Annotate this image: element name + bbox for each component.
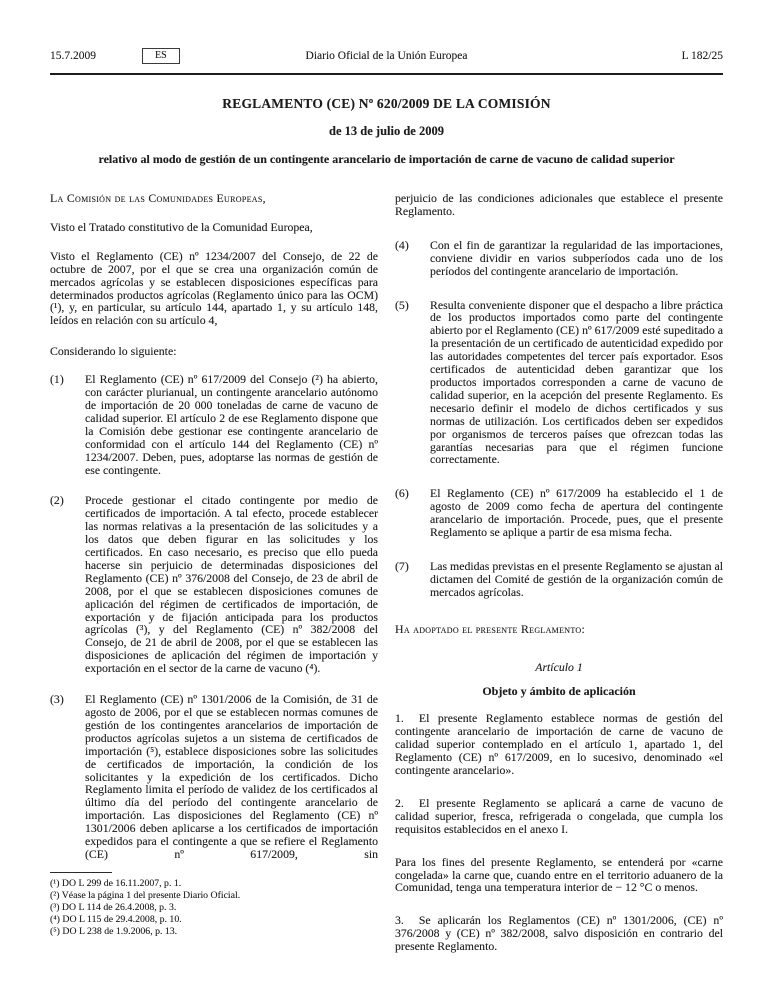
- right-column: perjuicio de las condiciones adicionales…: [395, 192, 723, 973]
- recital-4: (4) Con el fin de garantizar la regulari…: [395, 239, 723, 278]
- citation: Visto el Reglamento (CE) nº 1234/2007 de…: [50, 250, 378, 327]
- footnotes-block: (¹) DO L 299 de 16.11.2007, p. 1. (²) Vé…: [50, 872, 378, 938]
- paragraph-text: El presente Reglamento establece normas …: [395, 711, 723, 777]
- regulation-subject: relativo al modo de gestión de un contin…: [77, 152, 697, 167]
- recital-number: (2): [50, 494, 85, 675]
- article-paragraph-definition: Para los fines del presente Reglamento, …: [395, 856, 723, 895]
- salutation: La Comisión de las Comunidades Europeas,: [50, 192, 378, 205]
- header-date: 15.7.2009: [50, 50, 142, 62]
- recital-text: El Reglamento (CE) nº 617/2009 ha establ…: [430, 487, 723, 539]
- recital-3: (3) El Reglamento (CE) nº 1301/2006 de l…: [50, 693, 378, 861]
- recital-1: (1) El Reglamento (CE) nº 617/2009 del C…: [50, 373, 378, 476]
- article-paragraph-1: 1.El presente Reglamento establece norma…: [395, 712, 723, 777]
- recital-5: (5) Resulta conveniente disponer que el …: [395, 299, 723, 467]
- recital-6: (6) El Reglamento (CE) nº 617/2009 ha es…: [395, 487, 723, 539]
- recital-7: (7) Las medidas previstas en el presente…: [395, 560, 723, 599]
- footnote-divider: [50, 872, 112, 873]
- footnote: (¹) DO L 299 de 16.11.2007, p. 1.: [50, 878, 378, 890]
- regulation-title: REGLAMENTO (CE) Nº 620/2009 DE LA COMISI…: [50, 96, 723, 112]
- enacting-formula: Ha adoptado el presente Reglamento:: [395, 623, 723, 636]
- recital-number: (6): [395, 487, 430, 539]
- recital-2: (2) Procede gestionar el citado continge…: [50, 494, 378, 675]
- footnote: (⁴) DO L 115 de 29.4.2008, p. 10.: [50, 914, 378, 926]
- page-number: L 182/25: [682, 50, 723, 62]
- left-column: La Comisión de las Comunidades Europeas,…: [50, 192, 378, 973]
- recital-text: Con el fin de garantizar la regularidad …: [430, 239, 723, 278]
- paragraph-number: 2.: [395, 796, 404, 810]
- recital-text: Procede gestionar el citado contingente …: [85, 494, 378, 675]
- recital-text: El Reglamento (CE) nº 617/2009 del Conse…: [85, 373, 378, 476]
- article-heading: Objeto y ámbito de aplicación: [395, 685, 723, 698]
- recital-number: (3): [50, 693, 85, 861]
- footnote: (²) Véase la página 1 del presente Diari…: [50, 890, 378, 902]
- language-badge: ES: [142, 48, 180, 64]
- recital-number: (7): [395, 560, 430, 599]
- footnote: (³) DO L 114 de 26.4.2008, p. 3.: [50, 902, 378, 914]
- page-header: 15.7.2009 ES Diario Oficial de la Unión …: [50, 48, 723, 75]
- regulation-date: de 13 de julio de 2009: [50, 124, 723, 139]
- paragraph-number: 1.: [395, 711, 404, 725]
- recital-number: (5): [395, 299, 430, 467]
- two-column-body: La Comisión de las Comunidades Europeas,…: [50, 192, 723, 973]
- recital-text: El Reglamento (CE) nº 1301/2006 de la Co…: [85, 693, 378, 861]
- paragraph-text: El presente Reglamento se aplicará a car…: [395, 796, 723, 836]
- citation: Visto el Tratado constitutivo de la Comu…: [50, 221, 378, 234]
- considering-intro: Considerando lo siguiente:: [50, 345, 378, 358]
- recital-text: Las medidas previstas en el presente Reg…: [430, 560, 723, 599]
- recital-number: (4): [395, 239, 430, 278]
- paragraph-number: 3.: [395, 913, 404, 927]
- journal-page: 15.7.2009 ES Diario Oficial de la Unión …: [0, 0, 768, 994]
- article-paragraph-3: 3.Se aplicarán los Reglamentos (CE) nº 1…: [395, 914, 723, 953]
- article-label: Artículo 1: [395, 661, 723, 674]
- article-paragraph-2: 2.El presente Reglamento se aplicará a c…: [395, 797, 723, 836]
- paragraph-text: Se aplicarán los Reglamentos (CE) nº 130…: [395, 913, 723, 953]
- recital-text: Resulta conveniente disponer que el desp…: [430, 299, 723, 467]
- recital-number: (1): [50, 373, 85, 476]
- title-block: REGLAMENTO (CE) Nº 620/2009 DE LA COMISI…: [50, 96, 723, 167]
- footnote: (⁵) DO L 238 de 1.9.2006, p. 13.: [50, 926, 378, 938]
- continuation-paragraph: perjuicio de las condiciones adicionales…: [395, 192, 723, 218]
